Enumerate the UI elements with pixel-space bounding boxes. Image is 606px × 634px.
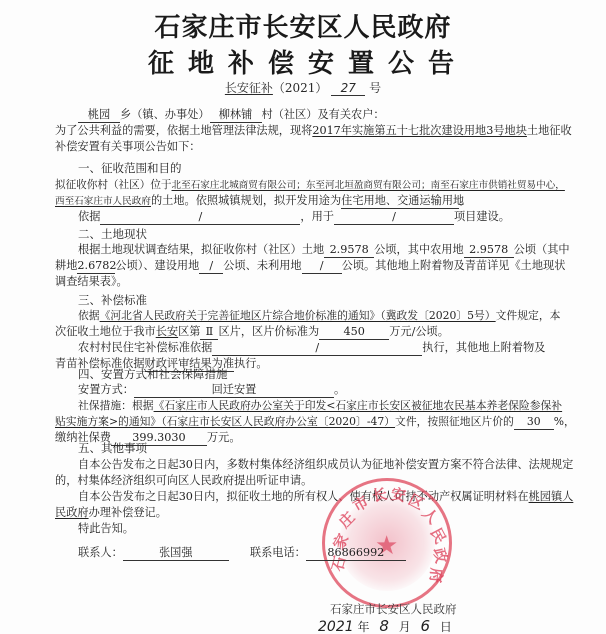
unused-label: 公顷、未利用地 (223, 259, 301, 272)
section-5-line-2: 的，村集体经济组织可向区人民政府提出听证申请。 (55, 473, 566, 489)
farm-area-value: 2.9578 (464, 243, 514, 258)
boundary-north-east-south: 北至石家庄北城商贸有限公司；东至河北垣盈商贸有限公司；南至石家庄市供销社贸易中心… (172, 180, 565, 191)
township-value: 桃园 (78, 108, 120, 123)
crops-suffix: 执行。 (234, 357, 268, 370)
social-document-2: 贴实施方案>的通知》（石家庄市长安区人民政府办公室〔2020〕-47） (55, 415, 395, 428)
section-5-heading: 五、其他事项 (78, 440, 147, 456)
section-3-heading: 三、补偿标准 (78, 292, 147, 308)
date-year: 2021 (318, 619, 354, 634)
social-prefix: 社保措施：根据 (78, 399, 154, 412)
doc-suffix: 号 (369, 81, 381, 95)
basis-label: 依据 (78, 210, 100, 223)
document-number: 长安征补（2021） 27 号 (0, 79, 606, 96)
contact-person-label: 联系人： (78, 546, 123, 559)
signing-organization: 石家庄市长安区人民政府 (330, 601, 457, 617)
section-1-heading: 一、征收范围和目的 (78, 160, 182, 176)
registration-place-2: 民政府 (55, 506, 89, 519)
usage-prefix: 的土地。依照城镇规划，拟开发用途为 (151, 194, 341, 207)
village-label: 村（社区）及有关农户： (262, 108, 385, 121)
signing-date: 2021 年 8 月 6 日 (318, 617, 452, 634)
registration-suffix: 办理补偿登记。 (89, 506, 167, 519)
doc-year: （2021） (273, 81, 328, 95)
seal-char: 长 (370, 483, 388, 506)
doc-prefix: 长安征补 (225, 81, 273, 95)
district-value: 长安 (156, 325, 178, 338)
basis-value: / (100, 210, 300, 225)
section-4-line-2: 社保措施：根据《石家庄市人民政府办公室关于印发<石家庄市长安区被征地农民基本养老… (55, 398, 566, 414)
section-1-line-2: 西至石家庄市人民政府的土地。依照城镇规划，拟开发用途为住宅用地、交通运输用地。 (55, 193, 566, 210)
percent-prefix: 文件，按照征地区片价的 (395, 415, 514, 428)
zone-price-value: 450 (319, 325, 389, 340)
zone-value: Ⅱ (200, 325, 218, 340)
title-government: 石家庄市长安区人民政府 (0, 7, 606, 44)
intro-text: 为了公共利益的需要，依据土地管理法律法规，现将 (55, 124, 312, 137)
housing-prefix: 农村村民住宅补偿标准依据 (78, 341, 212, 354)
project-name: 2017年实施第五十七批次建设用地3号地块 (312, 124, 527, 137)
arable-area-value: 2.6782 (77, 259, 115, 274)
price-unit: 万元/公顷。 (389, 325, 449, 338)
contact-phone-value: 86866992 (306, 546, 406, 561)
housing-value: / (212, 341, 422, 356)
section-1-line-1: 拟征收你村（社区）位于北至石家庄北城商贸有限公司；东至河北垣盈商贸有限公司；南至… (55, 177, 566, 194)
section-3-line-3: 农村村民住宅补偿标准依据/执行，其他地上附着物及 (55, 340, 566, 356)
section-3-line-1: 依据《河北省人民政府关于完善征地区片综合地价标准的通知》（冀政发〔2020〕5号… (55, 308, 566, 324)
announcement-page: 石家庄市长安区人民政府 征地补偿安置公告 长安征补（2021） 27 号 桃园乡… (0, 0, 606, 634)
unused-area-value: / (302, 259, 342, 274)
contact-phone-label: 联系电话： (250, 546, 306, 559)
registration-place-1: 桃园镇人 (529, 490, 574, 503)
date-month: 8 (379, 617, 389, 634)
social-document-1: 《石家庄市人民政府办公室关于印发<石家庄市长安区被征地农民基本养老保险参保补 (154, 399, 563, 412)
section-4-line-1: 安置方式：回迁安置。 (55, 382, 566, 398)
basis-document: 《河北省人民政府关于完善征地区片综合地价标准的通知》（冀政发〔2020〕5号） (100, 309, 496, 322)
section-5-line-4: 民政府办理补偿登记。 (55, 505, 566, 521)
resettle-label: 安置方式： (78, 383, 134, 396)
usage-value: 住宅用地、交通运输用地 (341, 194, 459, 209)
housing-suffix: 执行，其他地上附着物及 (422, 341, 545, 354)
construction-label: 公顷）、建设用地 (115, 259, 199, 272)
section-2-line-2: 耕地2.6782公顷）、建设用地/公顷、未利用地/公顷。其他地上附着物及青苗详见… (55, 258, 566, 274)
section-1-line-3: 依据/，用于/项目建设。 (55, 209, 566, 225)
location-prefix: 次征收土地位于我市 (55, 325, 156, 338)
unit-text-2: 公顷（其中 (514, 243, 570, 256)
village-value: 柳林铺 (210, 108, 262, 123)
section-3-line-2: 次征收土地位于我市长安区第Ⅱ区片，区片价标准为450万元/公顷。 (55, 324, 566, 340)
section-5-line-1: 自本公告发布之日起30日内，多数村集体经济组织成员认为征地补偿安置方案不符合法律… (55, 457, 566, 473)
survey-text: 根据土地现状调查结果，拟征收你村（社区）土地 (78, 243, 324, 256)
official-seal: ★ 石 家 庄 市 长 安 区 人 民 政 府 (322, 478, 452, 608)
attachments-text: 公顷。其他地上附着物及青苗详见《土地现状 (342, 259, 566, 272)
date-day: 6 (421, 617, 431, 634)
contact-person-value: 张国强 (123, 546, 229, 561)
used-for-value: / (334, 210, 454, 225)
project-suffix: 项目建设。 (454, 210, 510, 223)
section-4-heading: 四、安置方式和社会保障措施 (78, 366, 228, 382)
contact-line: 联系人：张国强 联系电话：86866992 (78, 545, 566, 561)
intro-text-2: 土地征收 (527, 124, 572, 137)
seal-char: 府 (425, 567, 447, 584)
construction-area-value: / (199, 259, 223, 274)
total-area-value: 2.9578 (324, 243, 374, 258)
zone-prefix: 区第 (178, 325, 200, 338)
closing-line: 特此告知。 (55, 521, 566, 537)
title-announcement: 征地补偿安置公告 (0, 43, 606, 80)
fee-unit: 万元。 (207, 431, 241, 444)
section-2-line-1: 根据土地现状调查结果，拟征收你村（社区）土地2.9578公顷，其中农用地2.95… (55, 242, 566, 258)
resettle-value: 回迁安置 (134, 383, 334, 398)
percent-unit: %， (554, 415, 575, 428)
period: 。 (459, 194, 470, 207)
addressee-line: 桃园乡（镇、办事处）柳林铺村（社区）及有关农户： (55, 107, 566, 123)
percent-value: 30 (514, 415, 554, 430)
boundary-west: 西至石家庄市人民政府 (55, 196, 151, 207)
section-2-line-3: 调查结果表》。 (55, 274, 566, 290)
basis-prefix: 依据 (78, 309, 100, 322)
intro-line-1: 为了公共利益的需要，依据土地管理法律法规，现将2017年实施第五十七批次建设用地… (55, 123, 566, 139)
basis-suffix: 文件规定，本 (496, 309, 561, 322)
price-prefix: 区片，区片价标准为 (218, 325, 319, 338)
period: 。 (334, 383, 345, 396)
range-prefix: 拟征收你村（社区）位于 (55, 179, 172, 191)
section-5-line-3: 自本公告发布之日起30日内，拟征收土地的所有权人、使有权人可持不动产权属证明材料… (55, 489, 566, 505)
section-4-line-3: 贴实施方案>的通知》（石家庄市长安区人民政府办公室〔2020〕-47）文件，按照… (55, 414, 566, 430)
registration-text: 自本公告发布之日起30日内，拟征收土地的所有权人、使有权人可持不动产权属证明材料… (78, 490, 529, 503)
used-for-label: ，用于 (300, 210, 334, 223)
year-label: 年 (357, 620, 369, 634)
arable-label: 耕地 (55, 259, 77, 272)
doc-number: 27 (331, 81, 365, 96)
township-label: 乡（镇、办事处） (120, 108, 210, 121)
month-label: 月 (399, 620, 411, 634)
intro-line-2: 补偿安置有关事项公告如下： (55, 139, 566, 155)
day-label: 日 (440, 620, 452, 634)
section-2-heading: 二、土地现状 (78, 226, 147, 242)
unit-text: 公顷，其中农用地 (374, 243, 464, 256)
